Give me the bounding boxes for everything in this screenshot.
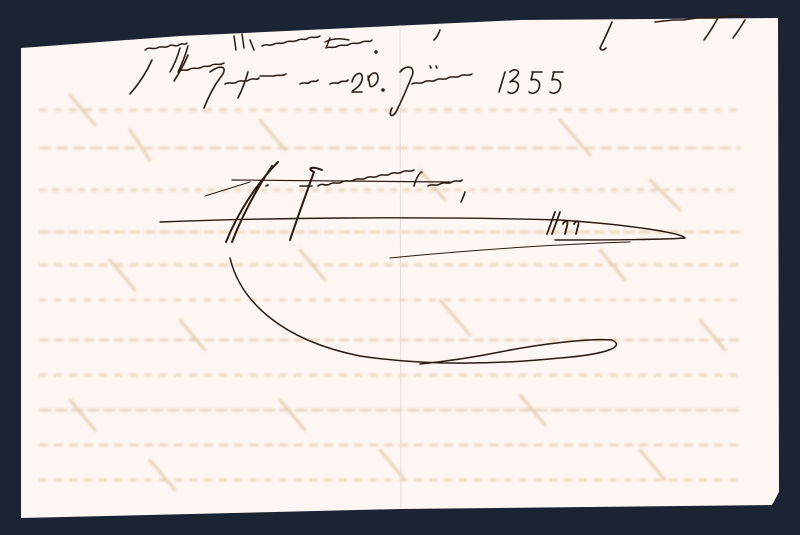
document-photo bbox=[0, 0, 800, 535]
